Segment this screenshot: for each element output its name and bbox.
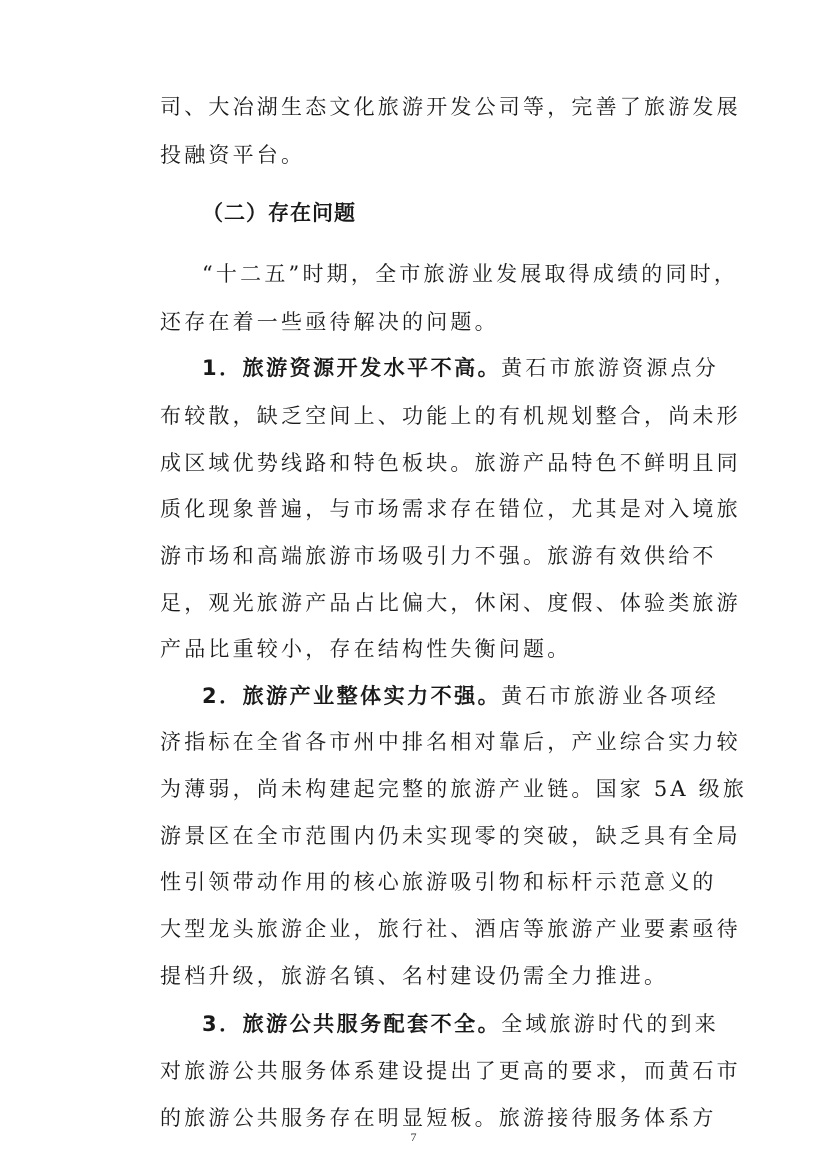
- section-heading: （二）存在问题: [202, 198, 356, 228]
- page-number: 7: [0, 1130, 827, 1145]
- body-text-line: 成区域优势线路和特色板块。旅游产品特色不鲜明且同: [160, 448, 680, 478]
- item-2-text: 黄石市旅游业各项经: [501, 684, 719, 708]
- body-text-line: 为薄弱，尚未构建起完整的旅游产业链。国家 5A 级旅: [160, 774, 680, 804]
- body-text-line: 性引领带动作用的核心旅游吸引物和标杆示范意义的: [160, 867, 680, 897]
- body-text-line: 对旅游公共服务体系建设提出了更高的要求，而黄石市: [160, 1056, 680, 1086]
- item-1-text: 黄石市旅游资源点分: [501, 356, 719, 380]
- item-2-first-line: 2．旅游产业整体实力不强。黄石市旅游业各项经: [202, 681, 680, 711]
- item-3-title: 3．旅游公共服务配套不全。: [202, 1012, 501, 1036]
- item-3-first-line: 3．旅游公共服务配套不全。全域旅游时代的到来: [202, 1009, 680, 1039]
- item-3-text: 全域旅游时代的到来: [501, 1012, 719, 1036]
- body-text-line: 游市场和高端旅游市场吸引力不强。旅游有效供给不: [160, 541, 680, 571]
- body-text-line: 还存在着一些亟待解决的问题。: [160, 307, 680, 337]
- body-text-line: 投融资平台。: [160, 140, 680, 170]
- item-1-first-line: 1．旅游资源开发水平不高。黄石市旅游资源点分: [202, 353, 680, 383]
- body-text-line: 足，观光旅游产品占比偏大，休闲、度假、体验类旅游: [160, 588, 680, 618]
- body-text-line: 司、大冶湖生态文化旅游开发公司等，完善了旅游发展: [160, 92, 680, 122]
- body-text-line: 的旅游公共服务存在明显短板。旅游接待服务体系方: [160, 1103, 680, 1133]
- body-text-line: 大型龙头旅游企业，旅行社、酒店等旅游产业要素亟待: [160, 914, 680, 944]
- body-text-line: 产品比重较小，存在结构性失衡问题。: [160, 634, 680, 664]
- body-text-line: 质化现象普遍，与市场需求存在错位，尤其是对入境旅: [160, 494, 680, 524]
- document-page: 司、大冶湖生态文化旅游开发公司等，完善了旅游发展 投融资平台。 （二）存在问题 …: [0, 0, 827, 1169]
- body-text-line: “十二五”时期，全市旅游业发展取得成绩的同时，: [202, 259, 680, 289]
- body-text-line: 济指标在全省各市州中排名相对靠后，产业综合实力较: [160, 727, 680, 757]
- item-2-title: 2．旅游产业整体实力不强。: [202, 684, 501, 708]
- body-text-line: 提档升级，旅游名镇、名村建设仍需全力推进。: [160, 961, 680, 991]
- item-1-title: 1．旅游资源开发水平不高。: [202, 356, 501, 380]
- body-text-line: 游景区在全市范围内仍未实现零的突破，缺乏具有全局: [160, 821, 680, 851]
- body-text-line: 布较散，缺乏空间上、功能上的有机规划整合，尚未形: [160, 401, 680, 431]
